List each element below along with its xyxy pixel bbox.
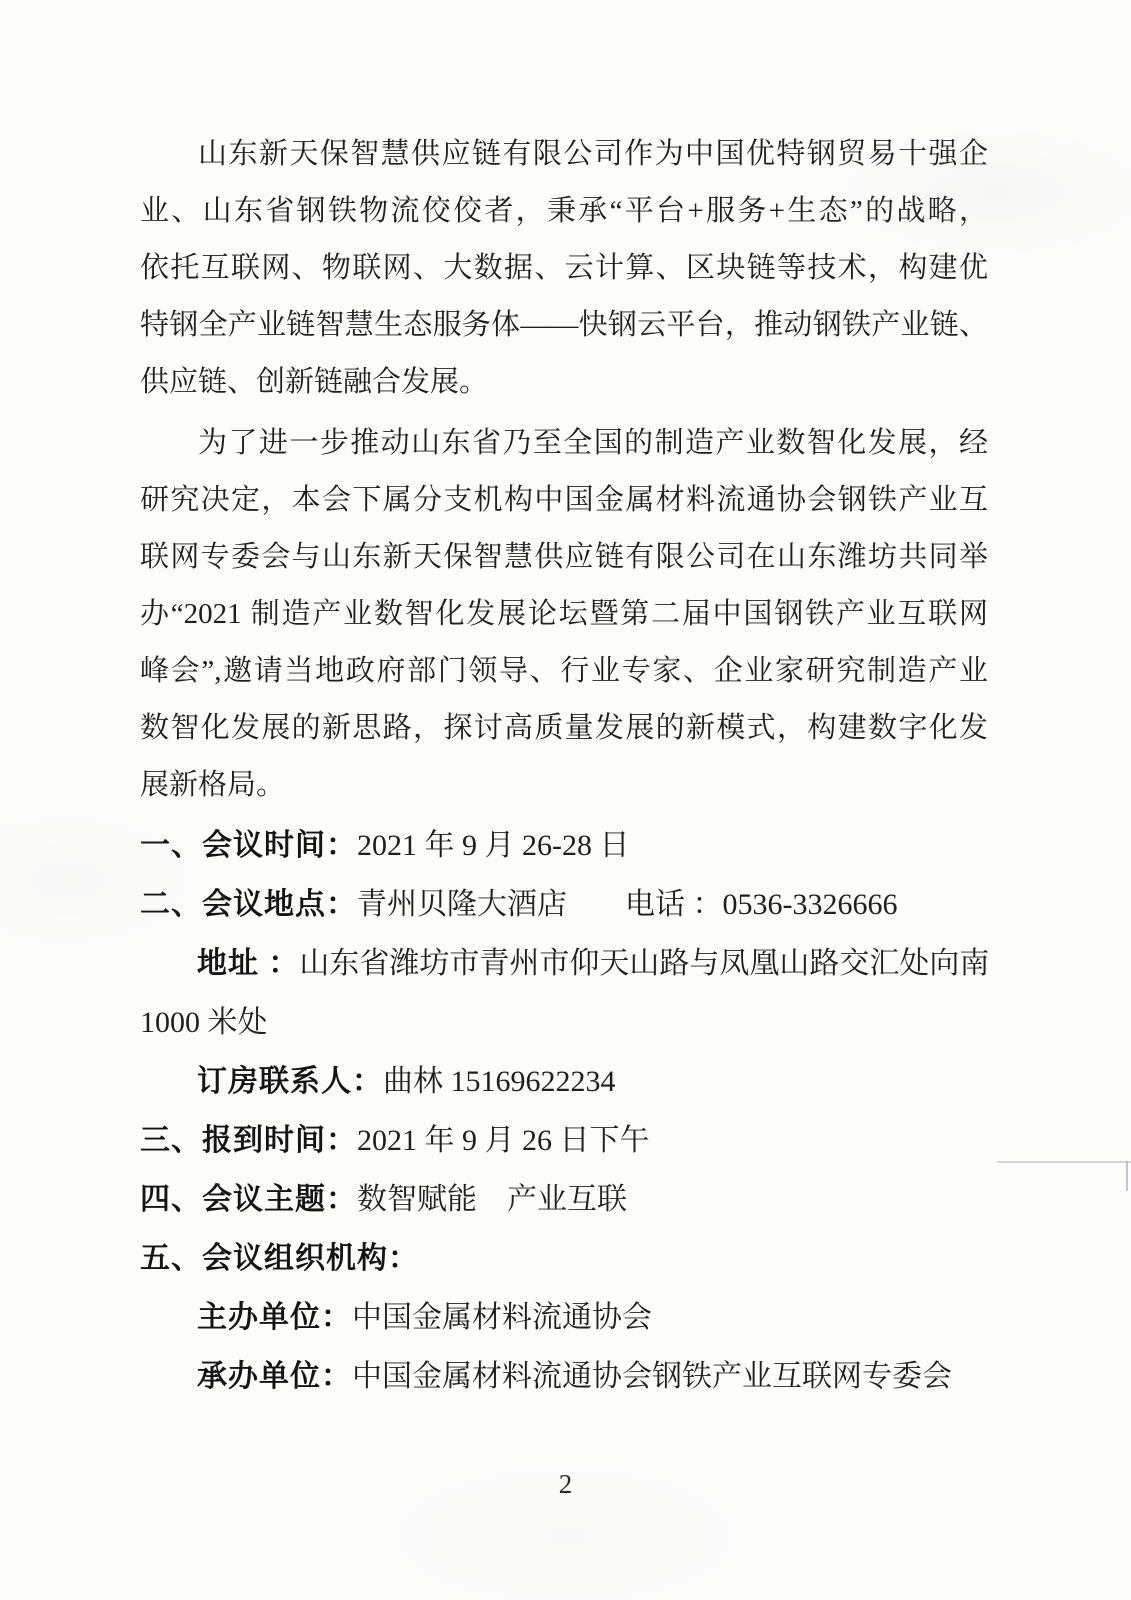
booking-contact-value: 曲林 15169622234 [383,1065,616,1098]
paragraph-line: 展新格局。 [140,757,988,814]
booking-contact-label: 订房联系人： [197,1065,383,1098]
meeting-info-list: 一、会议时间：2021 年 9 月 26-28 日 二、会议地点：青州贝隆大酒店… [140,816,988,1406]
meeting-time-row: 一、会议时间：2021 年 9 月 26-28 日 [140,816,988,875]
paragraph-line: 峰会”,邀请当地政府部门领导、行业专家、企业家研究制造产业 [140,643,988,700]
meeting-address-continuation: 1000 米处 [140,1006,268,1039]
paragraph-line: 数智化发展的新思路，探讨高质量发展的新模式，构建数字化发 [140,700,988,757]
meeting-theme-label: 四、会议主题： [140,1183,357,1216]
meeting-address-row: 地址 ：山东省潍坊市青州市仰天山路与凤凰山路交汇处向南 [140,934,988,993]
scan-artifact-horizontal-line [997,1161,1131,1163]
host-unit-label: 主办单位： [197,1301,352,1334]
meeting-venue-row: 二、会议地点：青州贝隆大酒店电话 ：0536-3326666 [140,875,988,934]
meeting-phone-value: 电话 ：0536-3326666 [625,888,898,921]
paragraph-line: 依托互联网、物联网、大数据、云计算、区块链等技术，构建优 [140,240,988,297]
undertaker-unit-row: 承办单位：中国金属材料流通协会钢铁产业互联网专委会 [140,1347,988,1406]
scan-artifact-vertical-line [1126,1161,1128,1191]
meeting-venue-label: 二、会议地点： [140,888,357,921]
host-unit-value: 中国金属材料流通协会 [352,1301,652,1334]
meeting-time-label: 一、会议时间： [140,829,357,862]
document-page: 山东新天保智慧供应链有限公司作为中国优特钢贸易十强企 业、山东省钢铁物流佼佼者，… [0,0,1131,1600]
meeting-theme-value: 数智赋能 产业互联 [357,1183,627,1216]
checkin-time-value: 2021 年 9 月 26 日下午 [357,1124,650,1157]
paragraph-company-intro: 山东新天保智慧供应链有限公司作为中国优特钢贸易十强企 业、山东省钢铁物流佼佼者，… [140,126,988,411]
meeting-time-value: 2021 年 9 月 26-28 日 [357,829,630,862]
paragraph-line: 供应链、创新链融合发展。 [140,354,988,411]
booking-contact-row: 订房联系人：曲林 15169622234 [140,1052,988,1111]
organization-header-label: 五、会议组织机构： [140,1242,419,1275]
paragraph-line: 业、山东省钢铁物流佼佼者，秉承“平台+服务+生态”的战略， [140,183,988,240]
paragraph-line: 办“2021 制造产业数智化发展论坛暨第二届中国钢铁产业互联网 [140,586,988,643]
paragraph-line: 研究决定，本会下属分支机构中国金属材料流通协会钢铁产业互 [140,472,988,529]
host-unit-row: 主办单位：中国金属材料流通协会 [140,1288,988,1347]
paragraph-line: 特钢全产业链智慧生态服务体——快钢云平台，推动钢铁产业链、 [140,297,988,354]
meeting-venue-value: 青州贝隆大酒店 [357,888,567,921]
paragraph-line: 联网专委会与山东新天保智慧供应链有限公司在山东潍坊共同举 [140,529,988,586]
paragraph-line: 山东新天保智慧供应链有限公司作为中国优特钢贸易十强企 [140,126,988,183]
paragraph-forum-announcement: 为了进一步推动山东省乃至全国的制造产业数智化发展，经 研究决定，本会下属分支机构… [140,415,988,814]
meeting-theme-row: 四、会议主题：数智赋能 产业互联 [140,1170,988,1229]
checkin-time-label: 三、报到时间： [140,1124,357,1157]
undertaker-unit-value: 中国金属材料流通协会钢铁产业互联网专委会 [352,1360,952,1393]
organization-header-row: 五、会议组织机构： [140,1229,988,1288]
undertaker-unit-label: 承办单位： [197,1360,352,1393]
meeting-address-label: 地址 ： [197,947,299,980]
paragraph-line: 为了进一步推动山东省乃至全国的制造产业数智化发展，经 [140,415,988,472]
meeting-address-value: 山东省潍坊市青州市仰天山路与凤凰山路交汇处向南 [299,947,989,980]
document-body: 山东新天保智慧供应链有限公司作为中国优特钢贸易十强企 业、山东省钢铁物流佼佼者，… [0,0,1131,1406]
checkin-time-row: 三、报到时间：2021 年 9 月 26 日下午 [140,1111,988,1170]
meeting-address-continuation-row: 1000 米处 [140,993,988,1052]
page-number: 2 [0,1468,1131,1500]
